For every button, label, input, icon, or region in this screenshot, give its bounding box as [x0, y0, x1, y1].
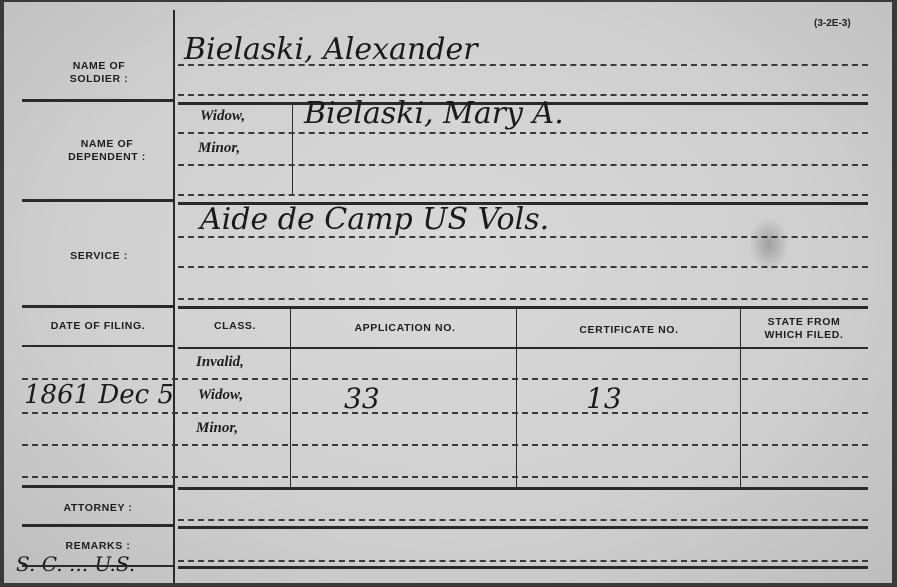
dotted-line: [178, 164, 868, 166]
rule: [22, 305, 174, 308]
state-from-which-filed-header: STATE FROM WHICH FILED.: [742, 316, 866, 342]
dotted-line: [178, 266, 868, 268]
dotted-line: [178, 236, 868, 238]
column-divider: [516, 308, 517, 488]
rule: [178, 526, 868, 529]
service-label: SERVICE :: [24, 250, 174, 263]
stain: [749, 217, 789, 272]
form-code: (3-2E-3): [814, 18, 851, 29]
attorney-label: ATTORNEY :: [22, 502, 174, 515]
date-of-filing-header: DATE OF FILING.: [22, 320, 174, 333]
rule: [178, 306, 868, 309]
dotted-line: [22, 476, 868, 478]
certificate-no-header: CERTIFICATE NO.: [518, 324, 740, 337]
certificate-no-value: 13: [586, 382, 622, 415]
rule: [22, 99, 174, 102]
name-of-dependent-label: NAME OF DEPENDENT :: [32, 138, 182, 164]
rule: [22, 485, 174, 488]
rule: [22, 565, 174, 567]
rule: [22, 524, 174, 527]
main-divider: [173, 10, 175, 583]
dependent-type-minor: Minor,: [198, 140, 240, 157]
class-header: CLASS.: [178, 320, 292, 333]
remarks-value: S. C. ... U.S.: [16, 552, 135, 576]
date-of-filing-value: 1861 Dec 5: [24, 380, 174, 410]
service-value: Aide de Camp US Vols.: [200, 202, 549, 237]
dotted-line: [178, 132, 868, 134]
class-widow: Widow,: [198, 387, 243, 404]
dependent-name-value: Bielaski, Mary A.: [304, 96, 564, 131]
dotted-line: [178, 64, 868, 66]
rule: [178, 566, 868, 569]
rule: [22, 345, 174, 347]
name-of-soldier-label: NAME OF SOLDIER :: [24, 60, 174, 86]
column-divider: [740, 308, 741, 488]
column-divider: [290, 308, 291, 488]
dotted-line: [22, 378, 868, 380]
dependent-type-widow: Widow,: [200, 108, 245, 125]
dotted-line: [22, 444, 868, 446]
class-minor: Minor,: [196, 420, 238, 437]
class-invalid: Invalid,: [196, 354, 244, 371]
rule: [178, 347, 868, 349]
dependent-divider: [292, 104, 293, 196]
dotted-line: [178, 519, 868, 521]
dotted-line: [22, 412, 868, 414]
soldier-name-value: Bielaski, Alexander: [184, 32, 478, 67]
dotted-line: [178, 560, 868, 562]
rule: [178, 487, 868, 490]
dotted-line: [178, 194, 868, 196]
application-no-header: APPLICATION NO.: [294, 322, 516, 335]
application-no-value: 33: [344, 382, 380, 415]
dotted-line: [178, 298, 868, 300]
rule: [22, 199, 174, 202]
pension-index-card: (3-2E-3) NAME OF SOLDIER : Bielaski, Ale…: [4, 2, 892, 583]
